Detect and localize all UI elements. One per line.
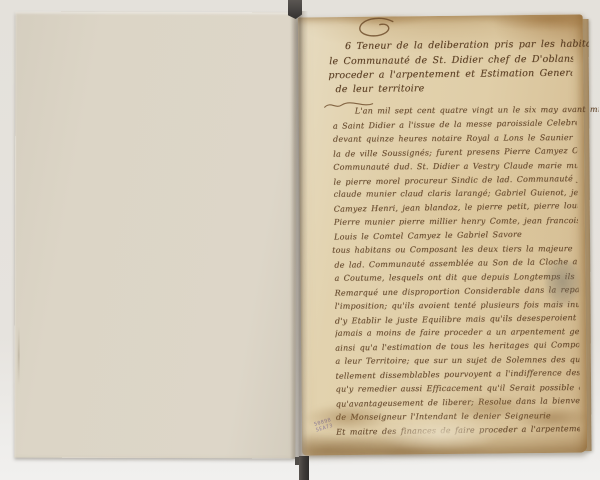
left-blank-page [14, 12, 296, 459]
heading-line: proceder a l'arpentement et Estimation G… [328, 68, 572, 82]
body-line: tellement dissemblables pourvoyent a l'i… [335, 368, 579, 382]
body-line: Pierre munier pierre millier henry Comte… [334, 216, 578, 228]
body-line: Louis le Comtel Camyez le Gabriel Savore [334, 230, 522, 243]
page-crease [18, 327, 20, 385]
body-line: de lad. Communauté assemblée au Son de l… [334, 257, 578, 271]
body-line: a leur Territoire; que sur un sujet de S… [335, 355, 579, 367]
body-line: ainsi qu'a l'estimation de tous les heri… [335, 340, 579, 354]
body-line: Et maitre des finances de faire proceder… [336, 424, 580, 438]
body-line: qu'y remedier aussi Efficacement qu'il S… [336, 383, 580, 395]
body-line: la de ville Soussignés; furent presens P… [333, 146, 577, 160]
body-line: tous habitans ou Composant les deux tier… [332, 244, 576, 256]
archive-stamp: 50898 5EA73 [314, 418, 334, 434]
heading-line: le Communauté de St. Didier chef de D'ob… [329, 54, 573, 68]
ink-blot [544, 261, 580, 307]
body-line: Communauté dud. St. Didier a Vestry Clau… [333, 161, 577, 173]
body-line: claude munier claud claris larangé; Gabr… [334, 188, 578, 200]
body-line: a Coutume, lesquels ont dit que depuis L… [334, 272, 578, 284]
book-gutter-shadow [290, 11, 308, 459]
body-line: d'y Etablir le juste Equilibre mais qu'i… [335, 313, 579, 327]
body-line: de Monseigneur l'Intendant le denier Sei… [336, 411, 551, 423]
body-line: Camyez Henri, jean blandoz, le pierre pe… [334, 201, 578, 215]
paraph-flourish-icon [353, 17, 401, 40]
body-line: jamais a moins de faire proceder a un ar… [335, 327, 579, 339]
archival-book-scan: 6 Teneur de la deliberation pris par les… [0, 0, 600, 480]
heading-line: de leur territoire [335, 83, 424, 95]
body-line: devant quinze heures notaire Royal a Lon… [333, 133, 577, 145]
body-line: a Saint Didier a l'issue de la messe par… [333, 118, 577, 132]
body-line: l'imposition; qu'ils avoient tenté plusi… [335, 300, 579, 312]
right-manuscript-page: 6 Teneur de la deliberation pris par les… [298, 15, 588, 456]
body-line: le pierre morel procureur Sindic de lad.… [333, 174, 577, 188]
heading-line: 6 Teneur de la deliberation pris par les… [345, 38, 589, 52]
body-line: qu'avantageusement de liberer; Resolue d… [336, 396, 580, 410]
body-line: Remarqué une disproportion Considerable … [335, 285, 579, 299]
spine-binding-bottom [299, 456, 309, 480]
body-line: L'an mil sept cent quatre vingt un le si… [355, 105, 599, 117]
